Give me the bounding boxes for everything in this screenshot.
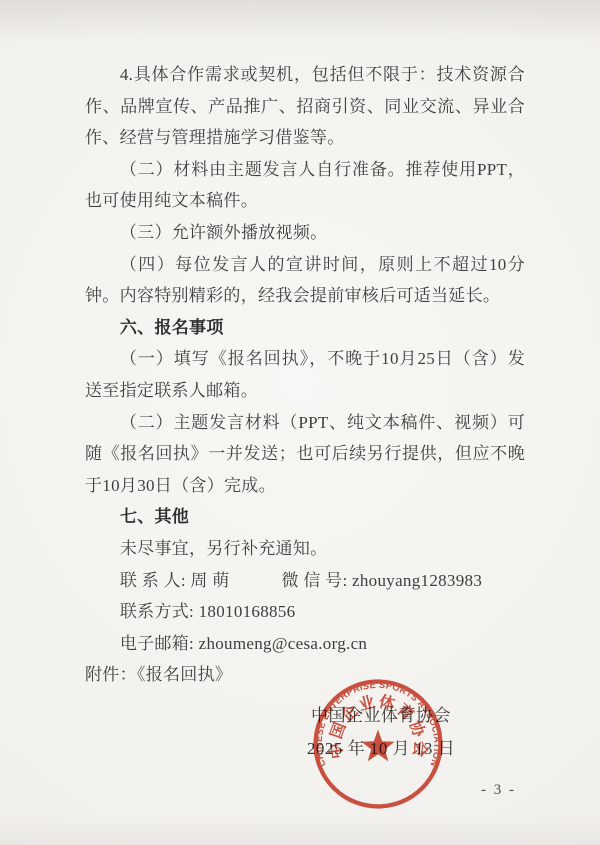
signature-date: 2025 年 10 月 13 日 <box>294 732 468 765</box>
paragraph-signup-1: （一）填写《报名回执》，不晚于10月25日（含）发送至指定联系人邮箱。 <box>85 343 525 406</box>
section-heading-6: 六、报名事项 <box>85 312 525 344</box>
paragraph-other: 未尽事宜，另行补充通知。 <box>85 533 525 565</box>
attachment-line: 附件：《报名回执》 <box>85 659 525 691</box>
paragraph-speech-time: （四）每位发言人的宣讲时间，原则上不超过10分钟。内容特别精彩的，经我会提前审核… <box>85 249 525 312</box>
section-heading-7: 七、其他 <box>85 501 525 533</box>
paragraph-signup-2: （二）主题发言材料（PPT、纯文本稿件、视频）可随《报名回执》一并发送；也可后续… <box>85 407 525 502</box>
document-page: 4.具体合作需求或契机，包括但不限于：技术资源合作、品牌宣传、产品推广、招商引资… <box>0 0 600 845</box>
signature-org: 中国企业体育协会 <box>294 699 468 732</box>
contact-email-line: 电子邮箱: zhoumeng@cesa.org.cn <box>85 628 525 660</box>
paragraph-video: （三）允许额外播放视频。 <box>85 217 525 249</box>
signature-block: 中国企业体育协会 2025 年 10 月 13 日 <box>294 699 468 765</box>
contact-phone-line: 联系方式: 18010168856 <box>85 596 525 628</box>
paragraph-item4: 4.具体合作需求或契机，包括但不限于：技术资源合作、品牌宣传、产品推广、招商引资… <box>85 59 525 154</box>
document-body: 4.具体合作需求或契机，包括但不限于：技术资源合作、品牌宣传、产品推广、招商引资… <box>85 59 525 691</box>
paragraph-materials: （二）材料由主题发言人自行准备。推荐使用PPT，也可使用纯文本稿件。 <box>85 154 525 217</box>
contact-person-line: 联 系 人: 周 萌 微 信 号: zhouyang1283983 <box>85 565 525 597</box>
page-number: - 3 - <box>481 782 516 799</box>
